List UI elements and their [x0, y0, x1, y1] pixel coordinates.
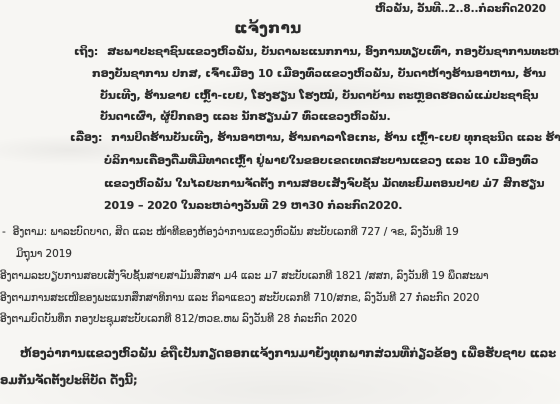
recipients-line: ບັນດາເຜົ່າ, ຜູ້ປົກຄອງ ແລະ ນັກຮຽນມໍ7 ທົ່ວ… [100, 109, 391, 125]
scanned-announcement-page: ຫົວພັນ, ວັນທີ..2..8..ກໍລະກົດ2020 ແຈ້ງການ… [0, 0, 560, 404]
subject-label: ເລື່ອງ: [70, 130, 102, 146]
closing-line: ຫ້ອງວ່າການແຂວງຫົວພັນ ຂໍຖືເປັນກຽດອອກແຈ້ງກ… [20, 345, 556, 361]
subject-line: 2019 – 2020 ໃນລະຫວ່າງວັນທີ 29 ຫາ30 ກໍລະກ… [104, 198, 402, 214]
reference-line: ອີງຕາມບົດບັນທຶກ ກອງປະຊຸມສະບັບເລກທີ 812/ຫ… [0, 311, 357, 327]
subject-text: ການປິດຮ້ານບັນເທີງ, ຮ້ານອາຫານ, ຮ້ານຄາລາໂອ… [111, 130, 560, 146]
subject-line: ເລື່ອງ: ການປິດຮ້ານບັນເທີງ, ຮ້ານອາຫານ, ຮ້… [70, 130, 560, 146]
subject-line: ແຂວງຫົວພັນ ໃນໄລຍະການຈັດຕັ້ງ ການສອບເສັງຈົ… [104, 176, 544, 192]
closing-line: ອມກັນຈັດຕັ້ງປະຕິບັດ ດັ່ງນີ້; [0, 372, 137, 388]
reference-line: - ອີງຕາມ: ພາລະບົດບາດ, ສິດ ແລະ ໜ້າທີຂອງຫ້… [2, 224, 459, 240]
reference-bullet-dash: - [2, 224, 6, 240]
date-line: ຫົວພັນ, ວັນທີ..2..8..ກໍລະກົດ2020 [375, 1, 546, 17]
reference-line: ມິຖຸນາ 2019 [16, 246, 72, 262]
reference-line: ອີງຕາມລະບຽບການສອບເສັງຈົບຊັ້ນສາຍສາມັນສຶກສ… [0, 268, 488, 284]
recipients-text: ສະພາປະຊາຊົນແຂວງຫົວພັນ, ບັນດາພະແນກການ, ອົ… [107, 44, 560, 60]
recipients-line: ກອງບັນຊາການ ປກສ, ເຈົ້າເມືອງ 10 ເມືອງທົ່ວ… [92, 66, 546, 82]
recipients-label: ເຖິງ: [74, 44, 98, 60]
page-title: ແຈ້ງການ [0, 19, 548, 37]
recipients-line: ບັນເທີງ, ຮ້ານຂາຍ ເຫຼົ້າ-ເບຍ, ໂຮງຮຽນ ໂຮງໝ… [100, 88, 538, 104]
subject-line: ບໍລິການເຄື່ອງດື່ມທີ່ມີທາດເຫຼົ້າ ຢູ່ພາຍໃນ… [104, 153, 538, 169]
reference-line: ອີງຕາມການສະເໜີຂອງພະແນກສຶກສາທິການ ແລະ ກິລ… [0, 290, 479, 306]
reference-text: ອີງຕາມ: ພາລະບົດບາດ, ສິດ ແລະ ໜ້າທີຂອງຫ້ອງ… [13, 224, 459, 240]
recipients-line: ເຖິງ: ສະພາປະຊາຊົນແຂວງຫົວພັນ, ບັນດາພະແນກກ… [74, 44, 560, 60]
